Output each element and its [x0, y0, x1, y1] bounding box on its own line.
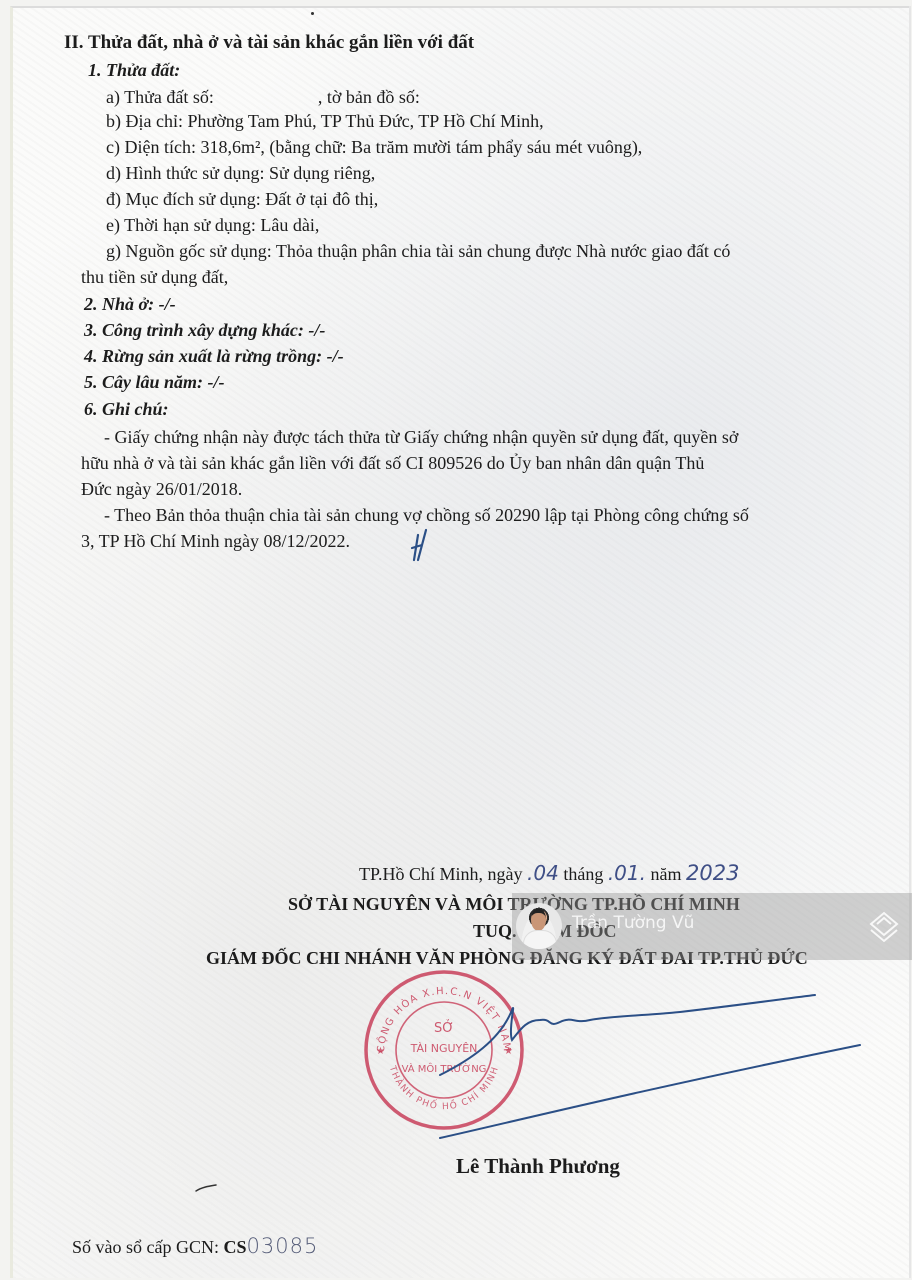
registry-prefix: CS	[224, 1237, 247, 1257]
date-month-label: tháng	[563, 864, 603, 884]
parcel-label: a) Thửa đất số:	[106, 87, 214, 107]
note-line: 3, TP Hồ Chí Minh ngày 08/12/2022.	[81, 530, 350, 552]
svg-text:TÀI NGUYÊN: TÀI NGUYÊN	[410, 1042, 478, 1055]
user-avatar-icon[interactable]	[516, 903, 562, 949]
scan-dot	[311, 12, 314, 15]
land-address: b) Địa chỉ: Phường Tam Phú, TP Thủ Đức, …	[106, 110, 544, 132]
land-area: c) Diện tích: 318,6m², (bằng chữ: Ba tră…	[106, 136, 642, 158]
note-line: hữu nhà ở và tài sản khác gắn liền với đ…	[81, 452, 704, 474]
registry-label: Số vào sổ cấp GCN:	[72, 1237, 219, 1257]
svg-text:SỞ: SỞ	[434, 1019, 454, 1036]
registry-number: Số vào sổ cấp GCN: CS03085	[72, 1235, 318, 1258]
date-day: .04	[527, 861, 559, 885]
official-stamp: CỘNG HÒA X.H.C.N VIỆT NAM THÀNH PHỐ HỒ C…	[362, 968, 526, 1132]
date-month: .01.	[608, 861, 646, 885]
svg-text:VÀ MÔI TRƯỜNG: VÀ MÔI TRƯỜNG	[402, 1062, 487, 1075]
land-parcel-number: a) Thửa đất số:, tờ bản đồ số:	[106, 86, 420, 108]
item-perennial-trees: 5. Cây lâu năm: -/-	[84, 371, 225, 393]
land-heading: 1. Thửa đất:	[88, 59, 180, 81]
svg-text:★: ★	[376, 1046, 385, 1057]
layered-diamond-logo-icon	[868, 910, 900, 946]
note-line: - Giấy chứng nhận này được tách thửa từ …	[104, 426, 738, 448]
signer-name: Lê Thành Phương	[456, 1155, 620, 1177]
date-prefix: TP.Hồ Chí Minh, ngày	[359, 864, 523, 884]
note-line: - Theo Bản thỏa thuận chia tài sản chung…	[104, 504, 749, 526]
date-year: 2023	[686, 861, 739, 885]
section-title: II. Thửa đất, nhà ở và tài sản khác gắn …	[64, 32, 474, 54]
land-origin-line2: thu tiền sử dụng đất,	[81, 266, 228, 288]
item-other-construction: 3. Công trình xây dựng khác: -/-	[84, 319, 325, 341]
watermark-user-name[interactable]: Trần Tường Vũ	[572, 913, 694, 933]
item-notes-heading: 6. Ghi chú:	[84, 398, 169, 420]
issue-date-line: TP.Hồ Chí Minh, ngày .04 tháng .01. năm …	[359, 862, 739, 885]
note-line: Đức ngày 26/01/2018.	[81, 478, 242, 500]
item-house: 2. Nhà ở: -/-	[84, 293, 176, 315]
date-year-label: năm	[651, 864, 682, 884]
svg-text:★: ★	[504, 1046, 513, 1057]
land-use-form: d) Hình thức sử dụng: Sử dụng riêng,	[106, 162, 375, 184]
item-production-forest: 4. Rừng sản xuất là rừng trồng: -/-	[84, 345, 344, 367]
map-sheet-label: , tờ bản đồ số:	[318, 87, 420, 107]
land-use-term: e) Thời hạn sử dụng: Lâu dài,	[106, 214, 319, 236]
registry-value: 03085	[247, 1234, 319, 1258]
land-use-purpose: đ) Mục đích sử dụng: Đất ở tại đô thị,	[106, 188, 378, 210]
land-origin-line1: g) Nguồn gốc sử dụng: Thỏa thuận phân ch…	[106, 240, 730, 262]
